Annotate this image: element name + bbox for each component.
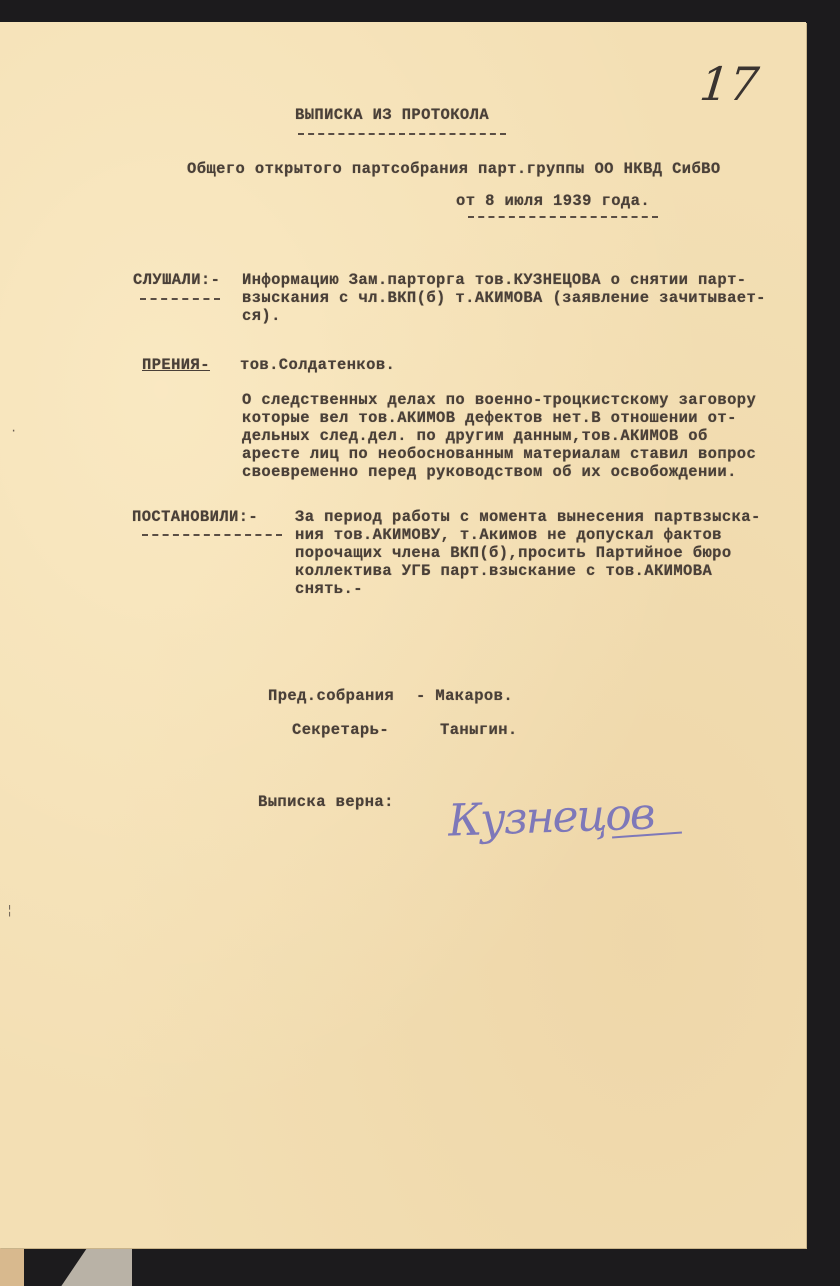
document-title: ВЫПИСКА ИЗ ПРОТОКОЛА [295, 107, 489, 123]
handwritten-signature: Кузнецов [447, 788, 654, 846]
section-resolved-line: порочащих члена ВКП(б),просить Партийное… [295, 545, 732, 561]
secretary-label: Секретарь- [292, 722, 389, 738]
backing-paper-scrap [42, 1248, 132, 1286]
section-debate-line: дельных след.дел. по другим данным,тов.А… [242, 428, 708, 444]
section-label-debate: ПРЕНИЯ- [142, 357, 210, 373]
title-underline [298, 133, 506, 135]
section-debate-line: которые вел тов.АКИМОВ дефектов нет.В от… [242, 410, 737, 426]
margin-mark: ¦ [6, 904, 13, 918]
date-underline [468, 216, 658, 218]
section-debate-line: О следственных делах по военно-троцкистс… [242, 392, 756, 408]
section-heard-line: Информацию Зам.парторга тов.КУЗНЕЦОВА о … [242, 272, 746, 288]
section-debate-line: своевременно перед руководством об их ос… [242, 464, 737, 480]
section-label-heard: СЛУШАЛИ:- [133, 272, 220, 288]
page-number-handwritten: 17 [697, 57, 761, 111]
secretary-name: Таныгин. [440, 722, 518, 738]
section-heard-line: ся). [242, 308, 281, 324]
section-heard-underline [140, 298, 220, 300]
section-resolved-line: ния тов.АКИМОВУ, т.Акимов не допускал фа… [295, 527, 722, 543]
chair-name: - Макаров. [416, 688, 513, 704]
document-page: 17 ВЫПИСКА ИЗ ПРОТОКОЛА Общего открытого… [0, 22, 806, 1248]
section-debate-line: аресте лиц по необоснованным материалам … [242, 446, 756, 462]
document-subtitle: Общего открытого партсобрания парт.групп… [187, 161, 721, 177]
section-resolved-line: коллектива УГБ парт.взыскание с тов.АКИМ… [295, 563, 712, 579]
certified-label: Выписка верна: [258, 794, 394, 810]
section-heard-line: взыскания с чл.ВКП(б) т.АКИМОВА (заявлен… [242, 290, 766, 306]
date-line: от 8 июля 1939 года. [456, 193, 650, 209]
section-label-resolved: ПОСТАНОВИЛИ:- [132, 509, 258, 525]
section-resolved-line: За период работы с момента вынесения пар… [295, 509, 761, 525]
section-resolved-line: снять.- [295, 581, 363, 597]
chair-label: Пред.собрания [268, 688, 394, 704]
debate-speaker: тов.Солдатенков. [240, 357, 395, 373]
section-resolved-underline [142, 534, 282, 536]
margin-mark: · [10, 424, 17, 438]
